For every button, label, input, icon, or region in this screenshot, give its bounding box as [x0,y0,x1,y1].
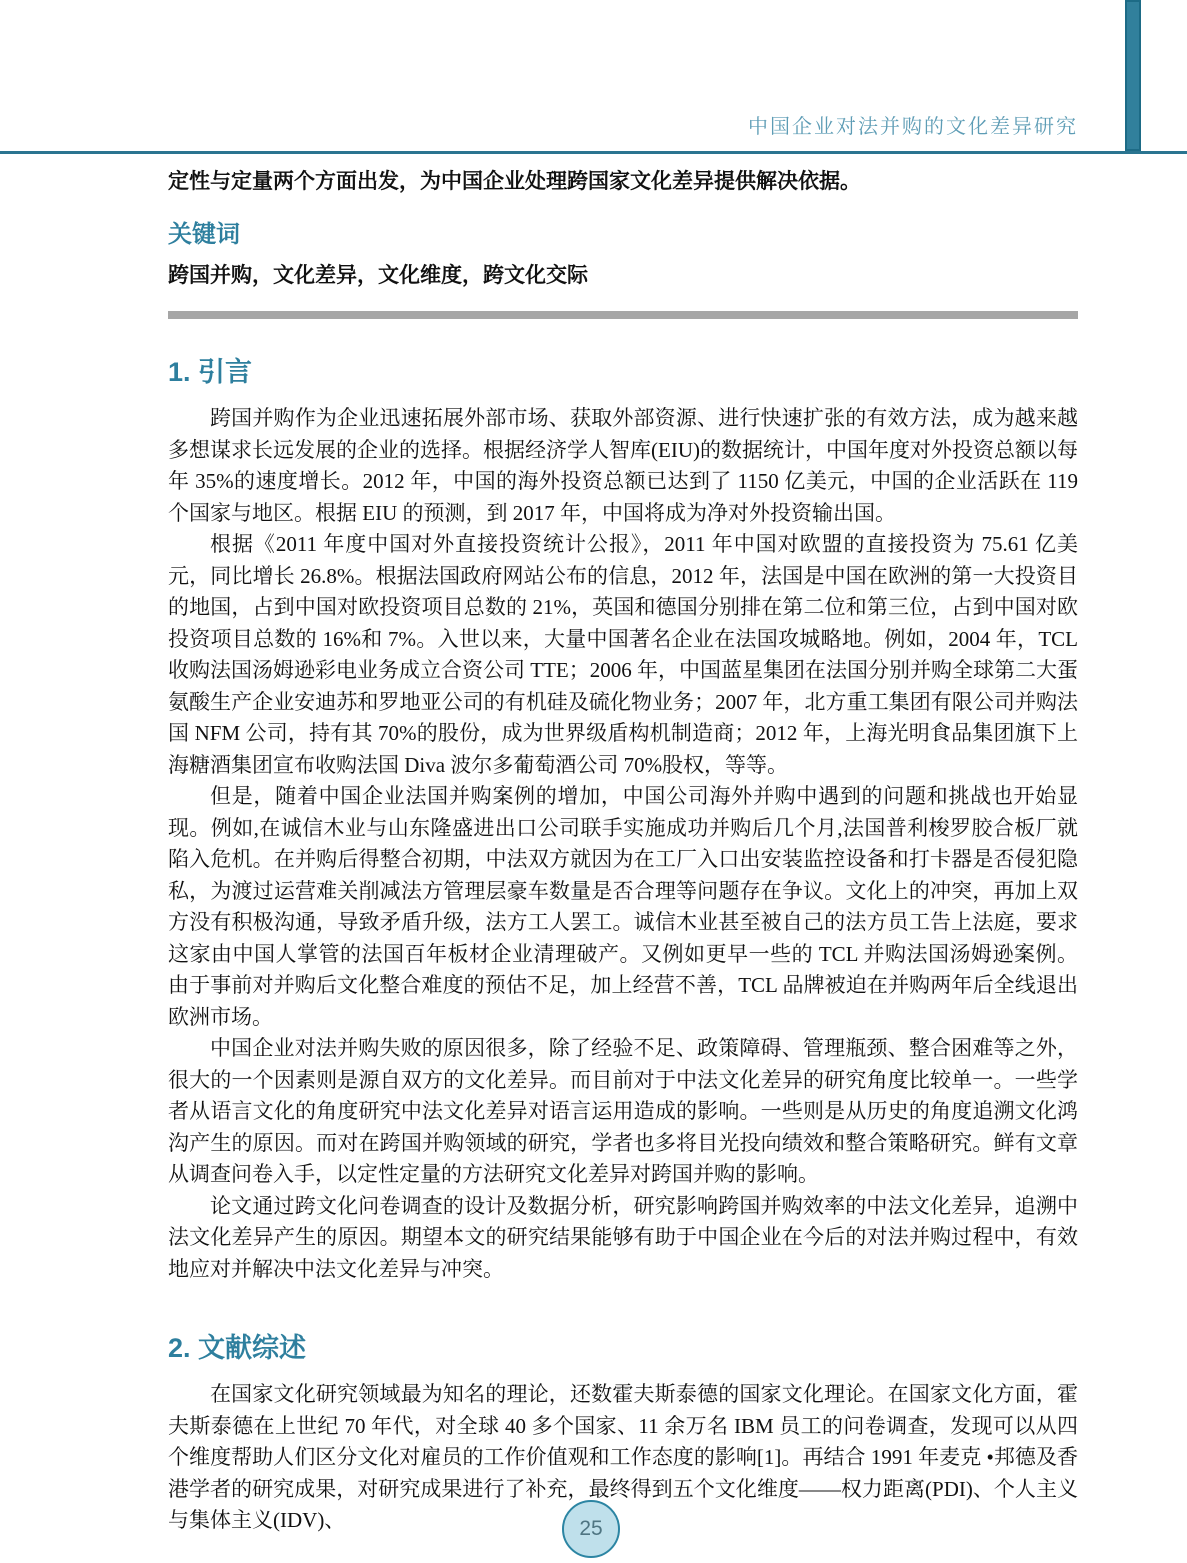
body-paragraph: 论文通过跨文化问卷调查的设计及数据分析，研究影响跨国并购效率的中法文化差异，追溯… [168,1191,1078,1286]
section-heading-introduction: 1. 引言 [168,355,1078,389]
body-paragraph: 根据《2011 年度中国对外直接投资统计公报》，2011 年中国对欧盟的直接投资… [168,529,1078,781]
document-page: 中国企业对法并购的文化差异研究 定性与定量两个方面出发，为中国企业处理跨国家文化… [0,0,1187,1563]
page-number-badge: 25 [562,1500,620,1558]
lead-paragraph: 定性与定量两个方面出发，为中国企业处理跨国家文化差异提供解决依据。 [168,166,1078,198]
header-accent-bar [1125,0,1141,151]
body-paragraph: 中国企业对法并购失败的原因很多，除了经验不足、政策障碍、管理瓶颈、整合困难等之外… [168,1033,1078,1191]
keywords-list: 跨国并购，文化差异，文化维度，跨文化交际 [168,260,1078,292]
section-divider [168,311,1078,319]
body-paragraph: 但是，随着中国企业法国并购案例的增加，中国公司海外并购中遇到的问题和挑战也开始显… [168,781,1078,1033]
section-heading-literature-review: 2. 文献综述 [168,1331,1078,1365]
keywords-heading: 关键词 [168,220,1078,250]
page-number: 25 [579,1517,602,1541]
page-content: 定性与定量两个方面出发，为中国企业处理跨国家文化差异提供解决依据。 关键词 跨国… [168,0,1078,1537]
body-paragraph: 跨国并购作为企业迅速拓展外部市场、获取外部资源、进行快速扩张的有效方法，成为越来… [168,403,1078,529]
body-paragraph: 在国家文化研究领域最为知名的理论，还数霍夫斯泰德的国家文化理论。在国家文化方面，… [168,1379,1078,1537]
